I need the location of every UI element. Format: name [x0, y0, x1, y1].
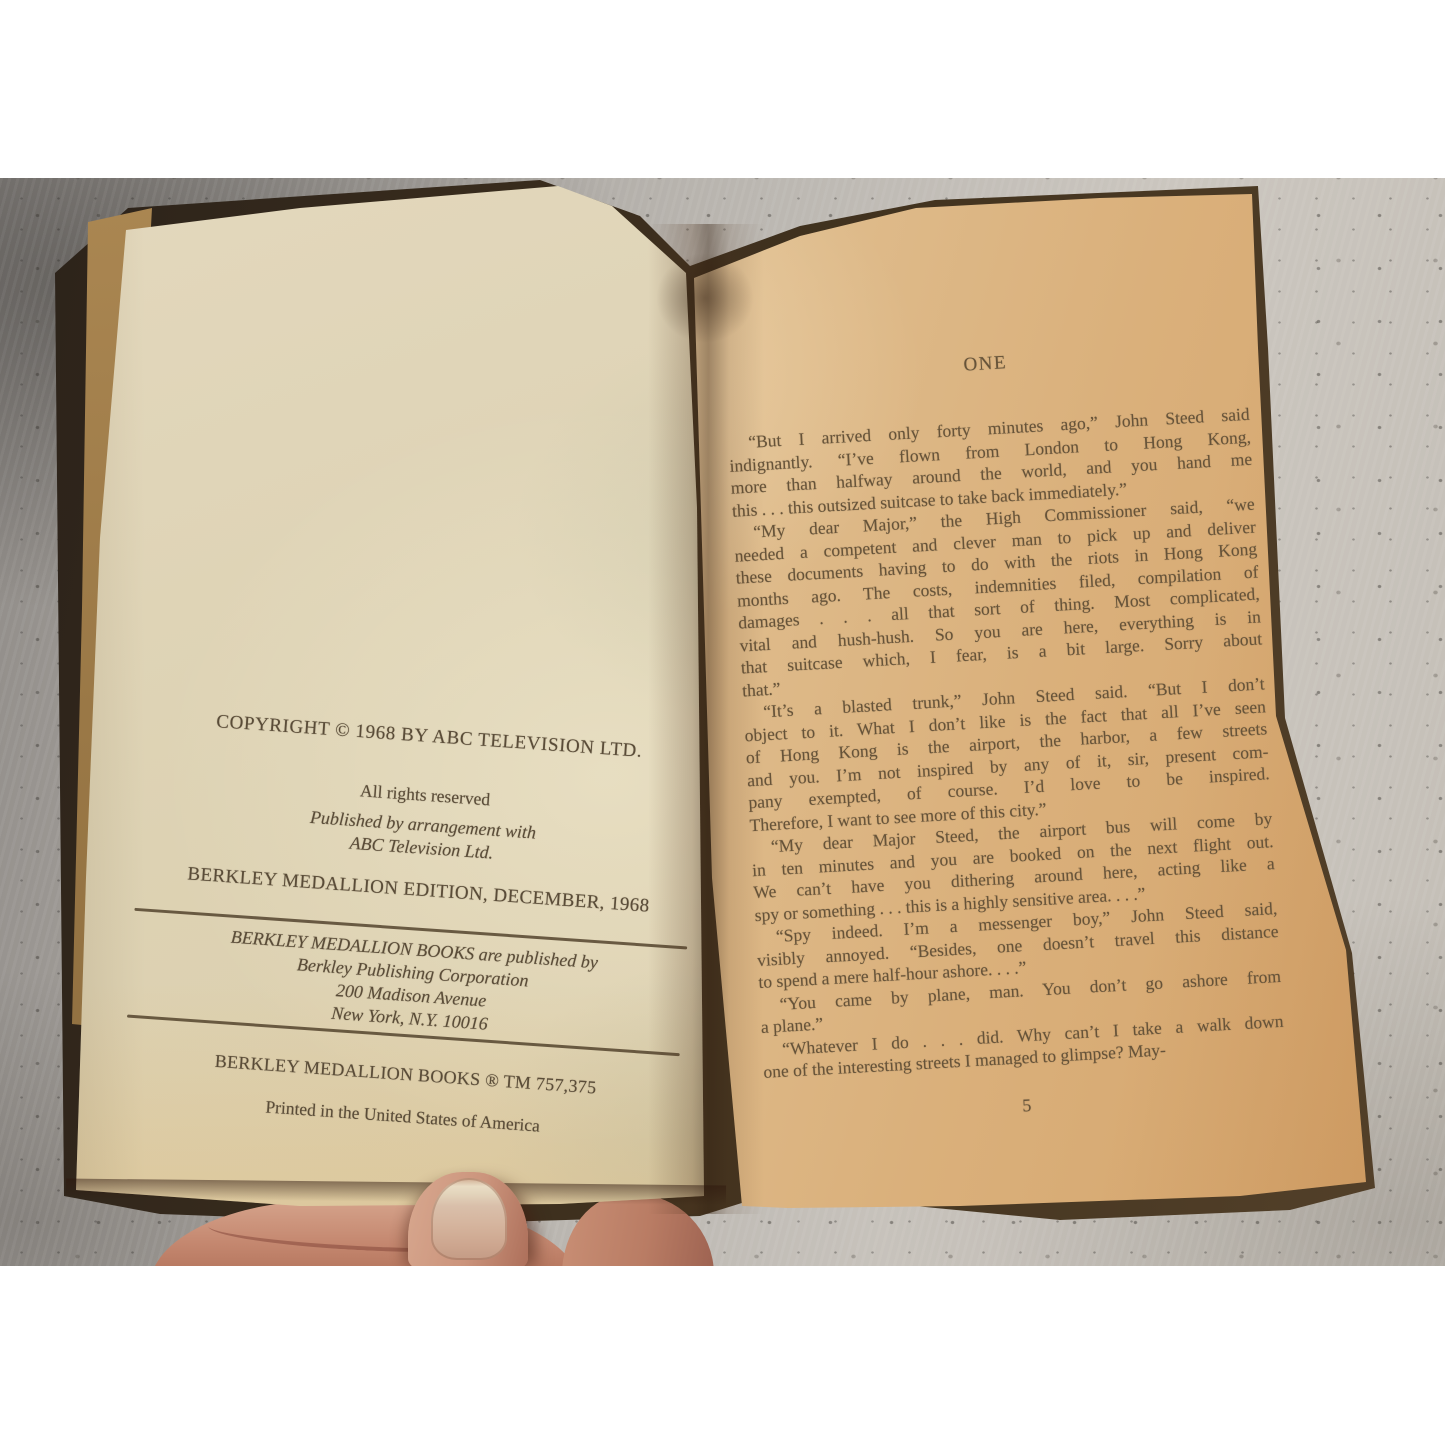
book-photo: COPYRIGHT © 1968 BY ABC TELEVISION LTD.A…: [0, 178, 1445, 1266]
left-page-line: COPYRIGHT © 1968 BY ABC TELEVISION LTD.: [171, 708, 687, 766]
left-page-text: COPYRIGHT © 1968 BY ABC TELEVISION LTD.A…: [145, 708, 688, 1145]
spine-top-shadow: [640, 238, 770, 358]
chapter-heading: ONE: [724, 337, 1247, 392]
gutter-shadow: [648, 224, 764, 1214]
page-number: 5: [766, 1080, 1288, 1130]
right-page-text: ONE “But I arrived only forty minutes ag…: [724, 337, 1288, 1130]
body-text: “But I arrived only forty minutes ago,” …: [728, 403, 1286, 1084]
thumb-nail: [431, 1178, 507, 1260]
